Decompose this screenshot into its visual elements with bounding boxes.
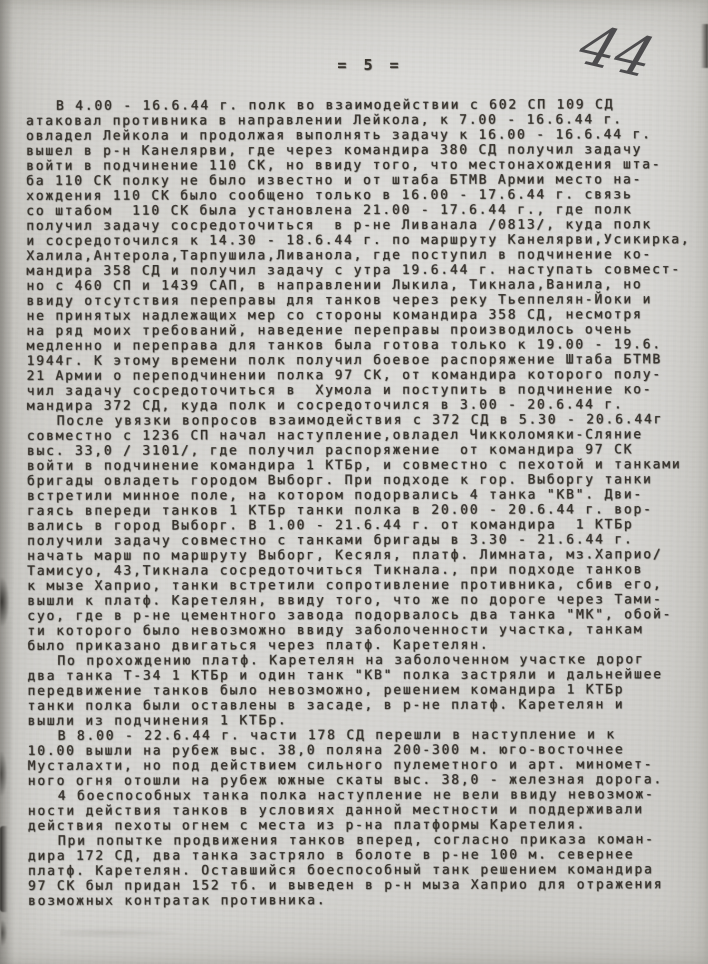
text-line: на ряд моих требований, наведение перепр… xyxy=(27,322,697,339)
text-line: войти в подчинение командира 1 КТБр, и с… xyxy=(27,457,697,474)
text-line: 10.00 вышли на рубеж выс. 38,0 поляна 20… xyxy=(28,742,698,759)
scan-artifact xyxy=(0,752,7,796)
text-line: получили задачу совместно с танками бриг… xyxy=(27,532,697,549)
text-line: мандира 358 СД и получил задачу с утра 1… xyxy=(26,262,696,279)
text-line: два танка Т-34 1 КТБр и один танк "КВ" п… xyxy=(27,667,697,684)
page-number: = 5 = xyxy=(0,56,708,74)
text-line: ного огня отошли на рубеж южные скаты вы… xyxy=(28,772,698,789)
scan-artifact xyxy=(0,578,9,626)
text-line: вышли из подчинения 1 КТБр. xyxy=(28,712,698,729)
text-line: вались в город Выборг. В 1.00 - 21.6.44 … xyxy=(27,517,697,534)
text-line: ба 110 СК полку не было известно и от шт… xyxy=(26,172,696,189)
text-line: получил задачу сосредоточиться в р-не Ли… xyxy=(26,217,696,234)
text-line: В 4.00 - 16.6.44 г. полк во взаимодейств… xyxy=(26,97,696,114)
text-line: ности действия танков в условиях данной … xyxy=(28,802,698,819)
text-line: 21 Армии о переподчинении полка 97 СК, о… xyxy=(27,367,697,384)
text-line: ти которого было невозможно ввиду заболо… xyxy=(27,622,697,639)
text-line: гаясь впереди танков 1 КТБр танки полка … xyxy=(27,502,697,519)
text-line: мандира 372 СД, куда полк и сосредоточил… xyxy=(27,397,697,414)
text-line: 1944г. К этому времени полк получил боев… xyxy=(27,352,697,369)
text-line: Мусталахти, но под действием сильного пу… xyxy=(28,757,698,774)
scan-artifact xyxy=(0,826,9,912)
text-line: 97 СК был придан 152 тб. и выведен в р-н… xyxy=(28,877,698,894)
text-line: действия пехоты огнем с места из р-на пл… xyxy=(28,817,698,834)
text-line: 4 боеспособных танка полка наступление н… xyxy=(28,787,698,804)
text-line: было приказано двигаться через платф. Ка… xyxy=(27,637,697,654)
text-line: начать марш по маршруту Выборг, Кесяля, … xyxy=(27,547,697,564)
text-line: медленно и переправа для танков была гот… xyxy=(27,337,697,354)
text-line: По прохождению платф. Каретелян на забол… xyxy=(27,652,697,669)
text-line: ввиду отсутствия переправы для танков че… xyxy=(26,292,696,309)
text-line: войти в подчинение 110 СК, но ввиду того… xyxy=(26,157,696,174)
scan-edge-shade xyxy=(0,0,14,964)
text-line: и сосредоточился к 14.30 - 18.6.44 г. по… xyxy=(26,232,696,249)
text-line: хождения 110 СК было сообщено только в 1… xyxy=(26,187,696,204)
text-line: выс. 33,0 / 3101/, где получил распоряже… xyxy=(27,442,697,459)
text-line: передвижение танков было невозможно, реш… xyxy=(27,682,697,699)
text-line: дира 172 СД, два танка застряло в болоте… xyxy=(28,847,698,864)
text-line: чил задачу сосредоточиться в Хумола и по… xyxy=(27,382,697,399)
text-line: но с 460 СП и 1439 САП, в направлении Лы… xyxy=(26,277,696,294)
text-line: не принятых надлежащих мер со стороны ко… xyxy=(26,307,696,324)
scan-artifact xyxy=(1,920,7,946)
text-line: вышел в р-н Канелярви, где через команди… xyxy=(26,142,696,159)
document-page: = 5 = 44 В 4.00 - 16.6.44 г. полк во вза… xyxy=(0,0,708,964)
text-line: совместно с 1236 СП начал наступление,ов… xyxy=(27,427,697,444)
text-line: вышли к платф. Каретелян, ввиду того, чт… xyxy=(27,592,697,609)
text-line: бригады овладеть городом Выборг. При под… xyxy=(27,472,697,489)
text-line: встретили минное поле, на котором подорв… xyxy=(27,487,697,504)
text-line: Халила,Антерола,Тарпушила,Ливанола, где … xyxy=(26,247,696,264)
text-line: Тамисуо, 43,Тикнала сосредоточиться Тикн… xyxy=(27,562,697,579)
scan-artifact xyxy=(60,928,180,938)
text-line: платф. Каретелян. Оставшийся боеспособны… xyxy=(28,862,698,879)
text-line: После увязки вопросов взаимодействия с 3… xyxy=(27,412,697,429)
text-line: суо, где в р-не цементного завода подорв… xyxy=(27,607,697,624)
text-line: возможных контратак противника. xyxy=(28,892,698,909)
text-line: атаковал противника в направлении Лейкол… xyxy=(26,112,696,129)
handwritten-number-text: 44 xyxy=(572,14,662,91)
text-line: В 8.00 - 22.6.44 г. части 178 СД перешли… xyxy=(28,727,698,744)
document-text: В 4.00 - 16.6.44 г. полк во взаимодейств… xyxy=(26,97,698,909)
text-line: танки полка были оставлены в засаде, в р… xyxy=(28,697,698,714)
text-line: При попытке продвижения танков вперед, с… xyxy=(28,832,698,849)
text-line: к мызе Хаприо, танки встретили сопротивл… xyxy=(27,577,697,594)
text-line: овладел Лейкола и продолжая выполнять за… xyxy=(26,127,696,144)
text-line: со штабом 110 СК была установлена 21.00 … xyxy=(26,202,696,219)
